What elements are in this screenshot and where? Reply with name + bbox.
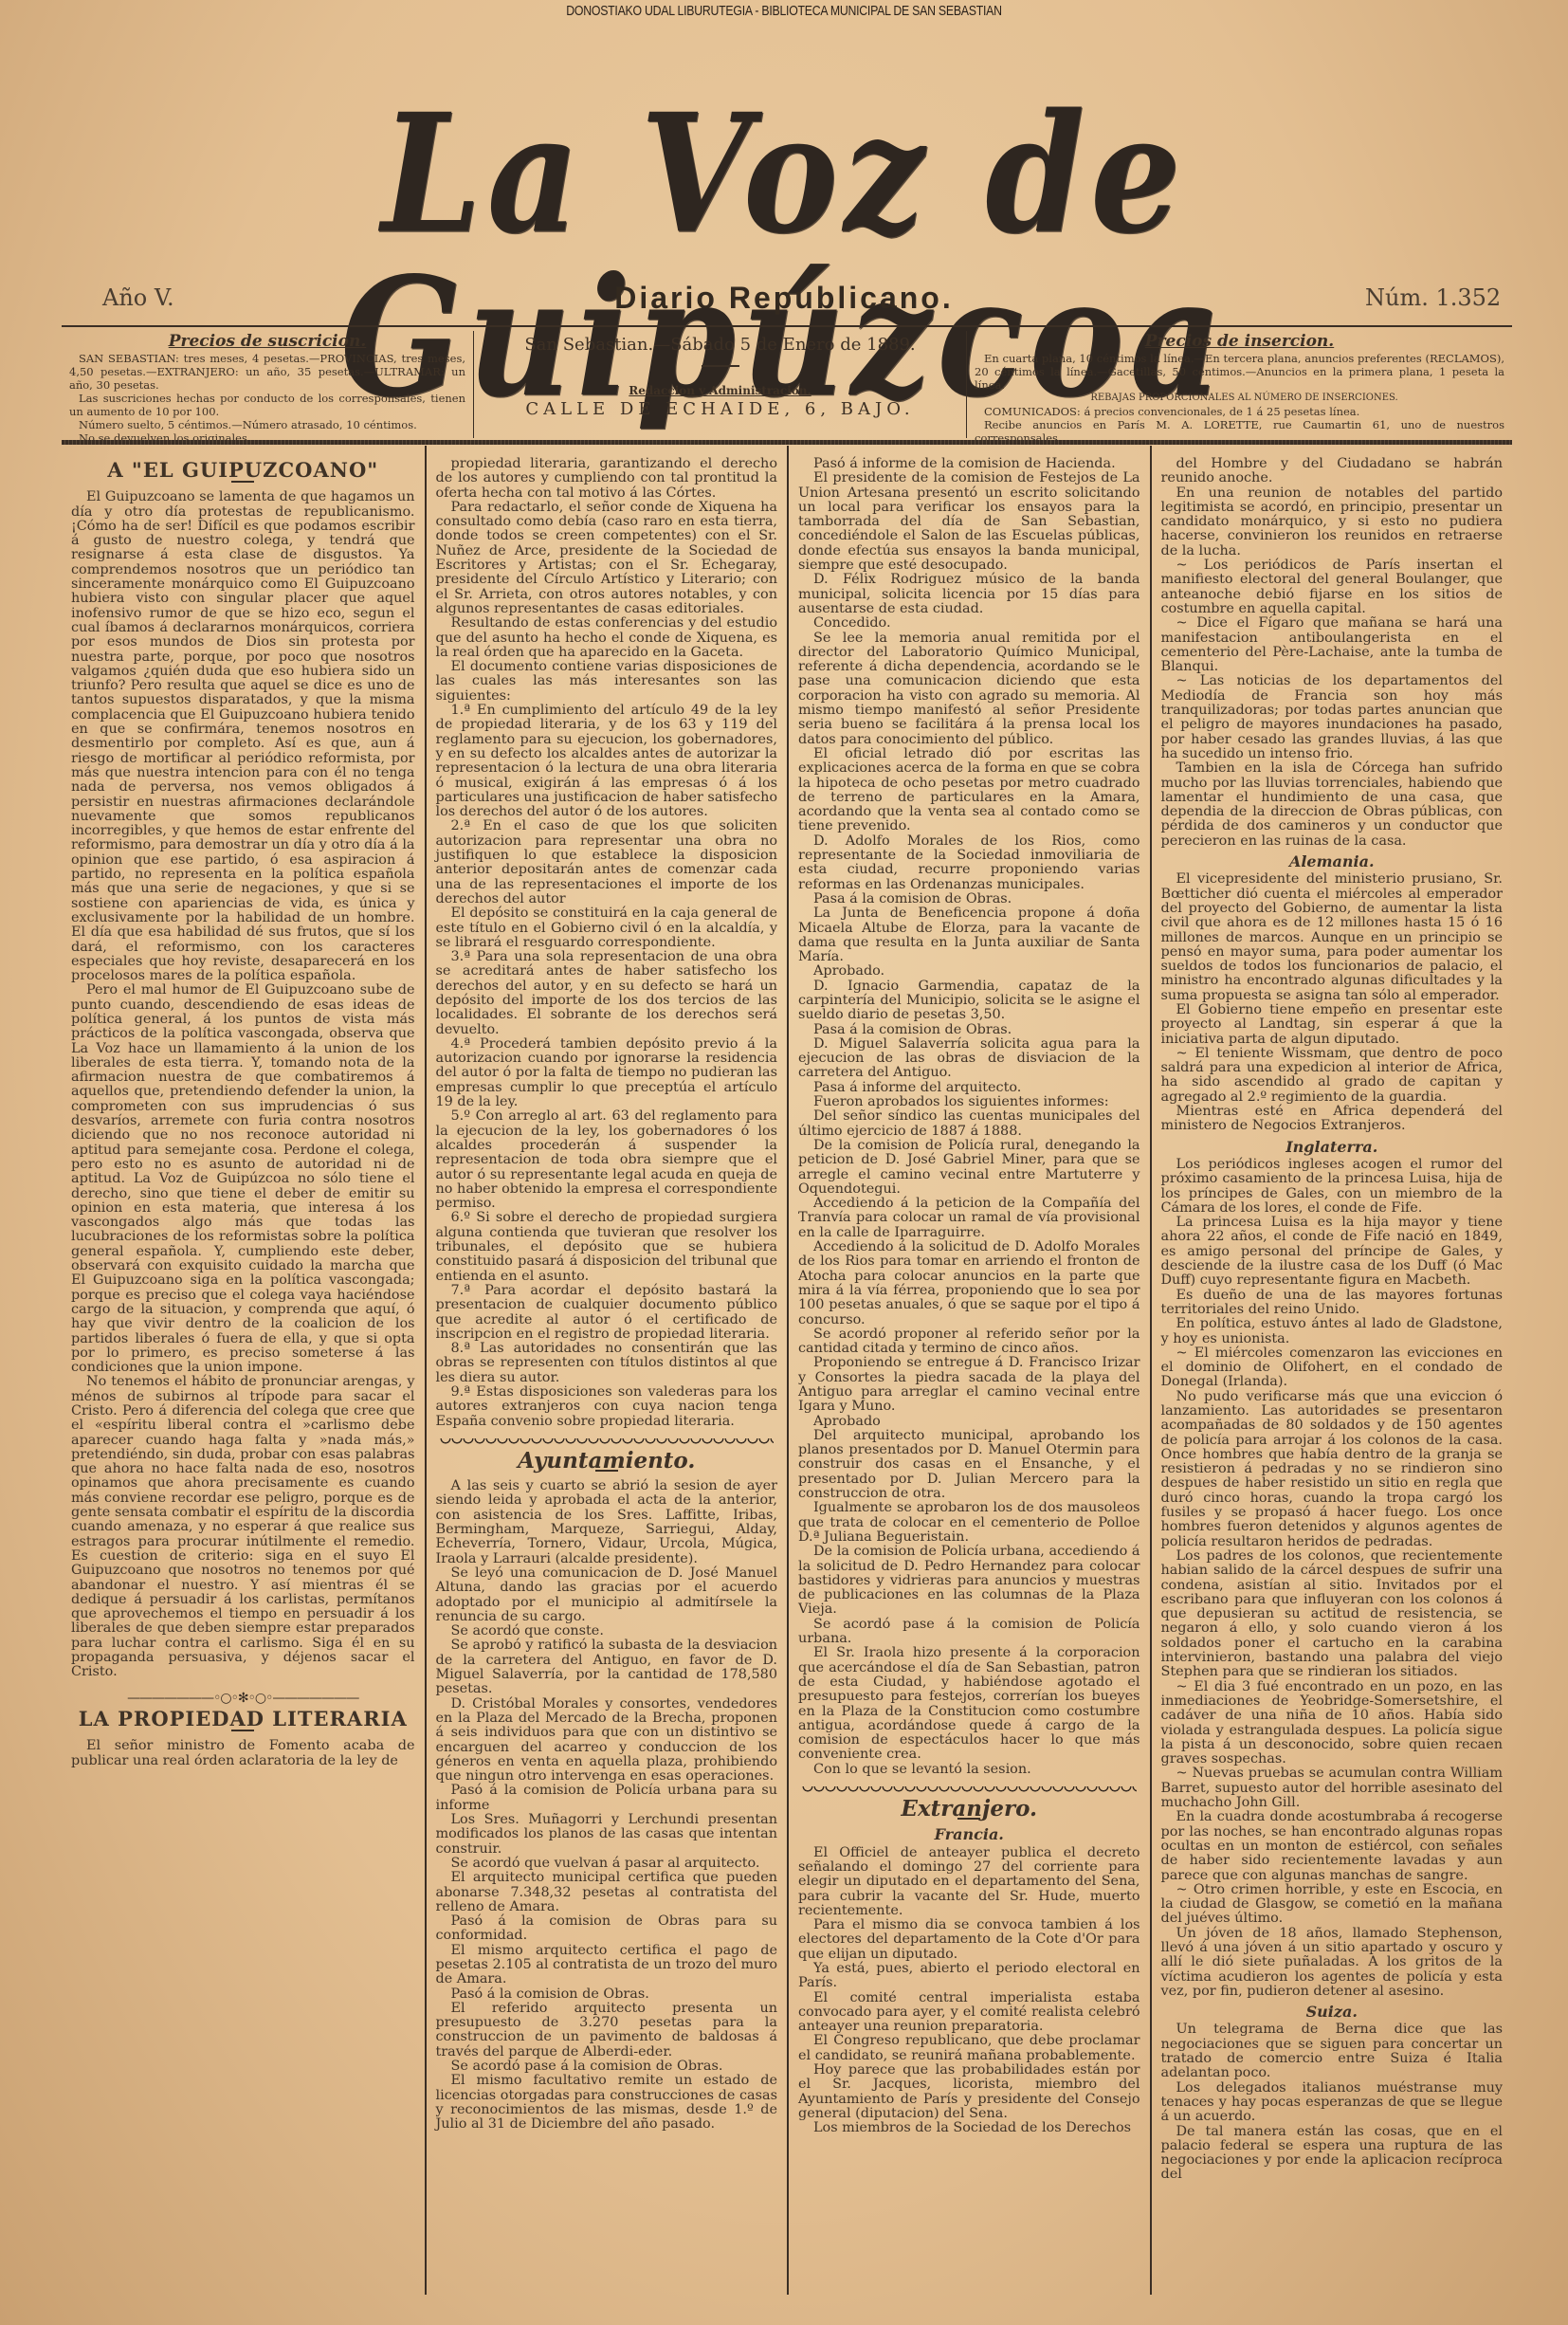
article-paragraph: D. Ignacio Garmendia, capataz de la carp… — [798, 979, 1140, 1023]
issue-number: Núm. 1.352 — [1365, 284, 1501, 311]
article-paragraph: Los delegados italianos muéstranse muy t… — [1161, 2081, 1504, 2125]
article-paragraph: D. Adolfo Morales de los Rios, como repr… — [798, 834, 1140, 892]
divider — [702, 365, 739, 367]
article-paragraph: ~ El teniente Wissmam, que dentro de poc… — [1161, 1047, 1504, 1105]
article-paragraph: En la cuadra donde acostumbraba á recoge… — [1161, 1810, 1504, 1882]
article-paragraph: El Guipuzcoano se lamenta de que hagamos… — [71, 490, 415, 983]
issue-date: San Sebastian.—Sábado 5 de Enero de 1889… — [482, 339, 958, 352]
article-paragraph: 6.º Si sobre el derecho de propiedad sur… — [436, 1211, 778, 1283]
article-paragraph: ~ Los periódicos de París insertan el ma… — [1161, 558, 1504, 616]
article-paragraph: Los Sres. Muñagorri y Lerchundi presenta… — [436, 1813, 778, 1857]
article-paragraph: ~ Otro crimen horrible, y este en Escoci… — [1161, 1883, 1504, 1927]
article-paragraph: El señor ministro de Fomento acaba de pu… — [71, 1739, 415, 1768]
article-paragraph: Se aprobó y ratificó la subasta de la de… — [436, 1638, 778, 1696]
article-paragraph: La Junta de Beneficencia propone á doña … — [798, 906, 1140, 964]
article-paragraph: El presidente de la comision de Festejos… — [798, 471, 1140, 573]
article-paragraph: ~ El dia 3 fué encontrado en un pozo, en… — [1161, 1680, 1504, 1767]
admin-label: Redaccion y Administracion. — [482, 384, 958, 397]
article-paragraph: Se acordó pase á la comision de Obras. — [436, 2060, 778, 2074]
article-paragraph: 1.ª En cumplimiento del artículo 49 de l… — [436, 704, 778, 819]
article-paragraph: Aprobado. — [798, 964, 1140, 979]
article-paragraph: Pasó á la comision de Policía urbana par… — [436, 1784, 778, 1813]
article-paragraph: El mismo facultativo remite un estado de… — [436, 2074, 778, 2132]
article-paragraph: ~ Las noticias de los departamentos del … — [1161, 674, 1504, 761]
article-paragraph: Pasó á informe de la comision de Haciend… — [798, 457, 1140, 471]
insertion-prices-box: Precios de insercion. En cuarta plana, 1… — [967, 331, 1512, 438]
insertion-text: En cuarta plana, 10 céntimos la línea.—E… — [975, 352, 1504, 392]
article-paragraph: D. Cristóbal Morales y consortes, vended… — [436, 1697, 778, 1785]
article-paragraph: Concedido. — [798, 616, 1140, 631]
article-paragraph: Los periódicos ingleses acogen el rumor … — [1161, 1158, 1504, 1216]
column-3: Pasó á informe de la comision de Haciend… — [787, 446, 1150, 2295]
section-title-extranjero: Extranjero. — [798, 1802, 1140, 1816]
section-title-ayuntamiento: Ayuntamiento. — [436, 1454, 778, 1468]
article-paragraph: Un jóven de 18 años, llamado Stephenson,… — [1161, 1927, 1504, 1999]
article-paragraph: Mientras esté en Africa dependerá del mi… — [1161, 1105, 1504, 1134]
article-paragraph: Pasa á informe del arquitecto. — [798, 1081, 1140, 1095]
masthead-subtitle: Diario Republicano. — [0, 281, 1568, 316]
article-paragraph: El oficial letrado dió por escritas las … — [798, 747, 1140, 834]
article-paragraph: El Gobierno tiene empeño en presentar es… — [1161, 1003, 1504, 1047]
article-paragraph: ~ Nuevas pruebas se acumulan contra Will… — [1161, 1767, 1504, 1810]
article-paragraph: 9.ª Estas disposiciones son valederas pa… — [436, 1385, 778, 1429]
article-paragraph: Tambien en la isla de Córcega han sufrid… — [1161, 761, 1504, 849]
subscription-text: SAN SEBASTIAN: tres meses, 4 pesetas.—PR… — [69, 352, 465, 392]
article-paragraph: Resultando de estas conferencias y del e… — [436, 616, 778, 660]
article-paragraph: El Sr. Iraola hizo presente á la corpora… — [798, 1646, 1140, 1762]
article-paragraph: De tal manera están las cosas, que en el… — [1161, 2125, 1504, 2183]
admin-address: CALLE DE ECHAIDE, 6, BAJO. — [482, 403, 958, 416]
info-strip: Precios de suscricion. SAN SEBASTIAN: tr… — [62, 331, 1512, 438]
article-paragraph: En una reunion de notables del partido l… — [1161, 486, 1504, 558]
ornament-divider: ———————◦○◦✻◦○◦——————— — [71, 1692, 415, 1706]
article-paragraph: del Hombre y del Ciudadano se habrán reu… — [1161, 457, 1504, 486]
article-paragraph: Los miembros de la Sociedad de los Derec… — [798, 2121, 1140, 2135]
column-1: A "EL GUIPUZCOANO" El Guipuzcoano se lam… — [62, 446, 425, 2295]
article-paragraph: D. Félix Rodriguez músico de la banda mu… — [798, 573, 1140, 616]
article-paragraph: Un telegrama de Berna dice que las negoc… — [1161, 2023, 1504, 2080]
article-paragraph: Pasa á la comision de Obras. — [798, 892, 1140, 906]
article-paragraph: La princesa Luisa es la hija mayor y tie… — [1161, 1216, 1504, 1288]
article-paragraph: Para el mismo dia se convoca tambien á l… — [798, 1918, 1140, 1962]
article-paragraph: 2.ª En el caso de que los que soliciten … — [436, 819, 778, 906]
article-paragraph: De la comision de Policía rural, denegan… — [798, 1139, 1140, 1197]
article-paragraph: Pasó á la comision de Obras para su conf… — [436, 1914, 778, 1944]
subsection-title-suiza: Suiza. — [1161, 2005, 1504, 2019]
article-title: A "EL GUIPUZCOANO" — [71, 463, 415, 477]
article-paragraph: Proponiendo se entregue á D. Francisco I… — [798, 1356, 1140, 1414]
article-paragraph: Se acordó que conste. — [436, 1624, 778, 1638]
article-paragraph: Ya está, pues, abierto el periodo electo… — [798, 1962, 1140, 1991]
article-paragraph: Se leyó una comunicacion de D. José Manu… — [436, 1566, 778, 1624]
article-paragraph: propiedad literaria, garantizando el der… — [436, 457, 778, 501]
header-rule-top — [62, 325, 1512, 327]
subscription-prices-box: Precios de suscricion. SAN SEBASTIAN: tr… — [62, 331, 474, 438]
subscription-heading: Precios de suscricion. — [69, 335, 465, 348]
subscription-text: Número suelto, 5 céntimos.—Número atrasa… — [69, 418, 465, 431]
article-paragraph: Se acordó pase á la comision de Policía … — [798, 1618, 1140, 1647]
article-paragraph: De la comision de Policía urbana, accedi… — [798, 1545, 1140, 1617]
article-paragraph: Fueron aprobados los siguientes informes… — [798, 1095, 1140, 1109]
article-paragraph: Pero el mal humor de El Guipuzcoano sube… — [71, 983, 415, 1375]
insertion-text: COMUNICADOS: á precios convencionales, d… — [975, 405, 1504, 418]
article-paragraph: No pudo verificarse más que una eviccion… — [1161, 1390, 1504, 1549]
article-paragraph: Con lo que se levantó la sesion. — [798, 1763, 1140, 1777]
article-paragraph: ~ Dice el Fígaro que mañana se hará una … — [1161, 616, 1504, 674]
library-banner: DONOSTIAKO UDAL LIBURUTEGIA - BIBLIOTECA… — [141, 3, 1427, 19]
article-paragraph: Igualmente se aprobaron los de dos mauso… — [798, 1501, 1140, 1545]
subsection-title-francia: Francia. — [798, 1827, 1140, 1841]
article-paragraph: Pasó á la comision de Obras. — [436, 1987, 778, 2002]
article-paragraph: 4.ª Procederá tambien depósito previo á … — [436, 1037, 778, 1109]
article-paragraph: El Congreso republicano, que debe procla… — [798, 2034, 1140, 2063]
subsection-title-inglaterra: Inglaterra. — [1161, 1140, 1504, 1154]
column-2: propiedad literaria, garantizando el der… — [425, 446, 788, 2295]
article-paragraph: Se lee la memoria anual remitida por el … — [798, 632, 1140, 747]
article-columns: A "EL GUIPUZCOANO" El Guipuzcoano se lam… — [62, 446, 1512, 2295]
article-paragraph: 3.ª Para una sola representacion de una … — [436, 950, 778, 1037]
article-paragraph: Los padres de los colonos, que recientem… — [1161, 1549, 1504, 1680]
article-paragraph: Aprobado — [798, 1415, 1140, 1429]
article-paragraph: El depósito se constituirá en la caja ge… — [436, 906, 778, 950]
article-paragraph: Del arquitecto municipal, aprobando los … — [798, 1429, 1140, 1501]
article-paragraph: El mismo arquitecto certifica el pago de… — [436, 1944, 778, 1987]
subscription-text: Las suscriciones hechas por conducto de … — [69, 392, 465, 418]
article-paragraph: Del señor síndico las cuentas municipale… — [798, 1109, 1140, 1139]
article-paragraph: El Officiel de anteayer publica el decre… — [798, 1846, 1140, 1918]
article-paragraph: ~ El miércoles comenzaron las evicciones… — [1161, 1346, 1504, 1390]
article-paragraph: Para redactarlo, el señor conde de Xique… — [436, 501, 778, 616]
article-paragraph: Es dueño de una de las mayores fortunas … — [1161, 1289, 1504, 1318]
article-paragraph: Accediendo á la solicitud de D. Adolfo M… — [798, 1240, 1140, 1327]
article-paragraph: A las seis y cuarto se abrió la sesion d… — [436, 1479, 778, 1566]
column-4: del Hombre y del Ciudadano se habrán reu… — [1150, 446, 1513, 2295]
wavy-divider — [440, 1438, 775, 1446]
wavy-divider — [802, 1786, 1137, 1794]
insertion-text: REBAJAS PROPORCIONALES AL NÚMERO DE INSE… — [975, 392, 1504, 405]
article-paragraph: Se acordó proponer al referido señor por… — [798, 1327, 1140, 1357]
article-paragraph: El comité central imperialista estaba co… — [798, 1991, 1140, 2035]
subsection-title-alemania: Alemania. — [1161, 854, 1504, 869]
article-paragraph: El documento contiene varias disposicion… — [436, 660, 778, 704]
header-rule-bottom — [62, 440, 1512, 445]
article-paragraph: En política, estuvo ántes al lado de Gla… — [1161, 1317, 1504, 1346]
date-address-box: San Sebastian.—Sábado 5 de Enero de 1889… — [474, 331, 967, 438]
article-paragraph: El vicepresidente del ministerio prusian… — [1161, 872, 1504, 1003]
article-paragraph: 7.ª Para acordar el depósito bastará la … — [436, 1284, 778, 1342]
article-paragraph: Hoy parece que las probabilidades están … — [798, 2063, 1140, 2121]
article-paragraph: 5.º Con arreglo al art. 63 del reglament… — [436, 1109, 778, 1211]
article-paragraph: D. Miguel Salaverría solicita agua para … — [798, 1037, 1140, 1081]
article-paragraph: Accediendo á la peticion de la Compañía … — [798, 1197, 1140, 1240]
article-paragraph: El arquitecto municipal certifica que pu… — [436, 1871, 778, 1914]
article-paragraph: No tenemos el hábito de pronunciar areng… — [71, 1375, 415, 1679]
article-paragraph: Pasa á la comision de Obras. — [798, 1023, 1140, 1037]
insertion-heading: Precios de insercion. — [975, 335, 1504, 348]
article-paragraph: Se acordó que vuelvan á pasar al arquite… — [436, 1857, 778, 1871]
article-title: LA PROPIEDAD LITERARIA — [71, 1712, 415, 1726]
article-paragraph: El referido arquitecto presenta un presu… — [436, 2002, 778, 2060]
article-paragraph: 8.ª Las autoridades no consentirán que l… — [436, 1342, 778, 1385]
